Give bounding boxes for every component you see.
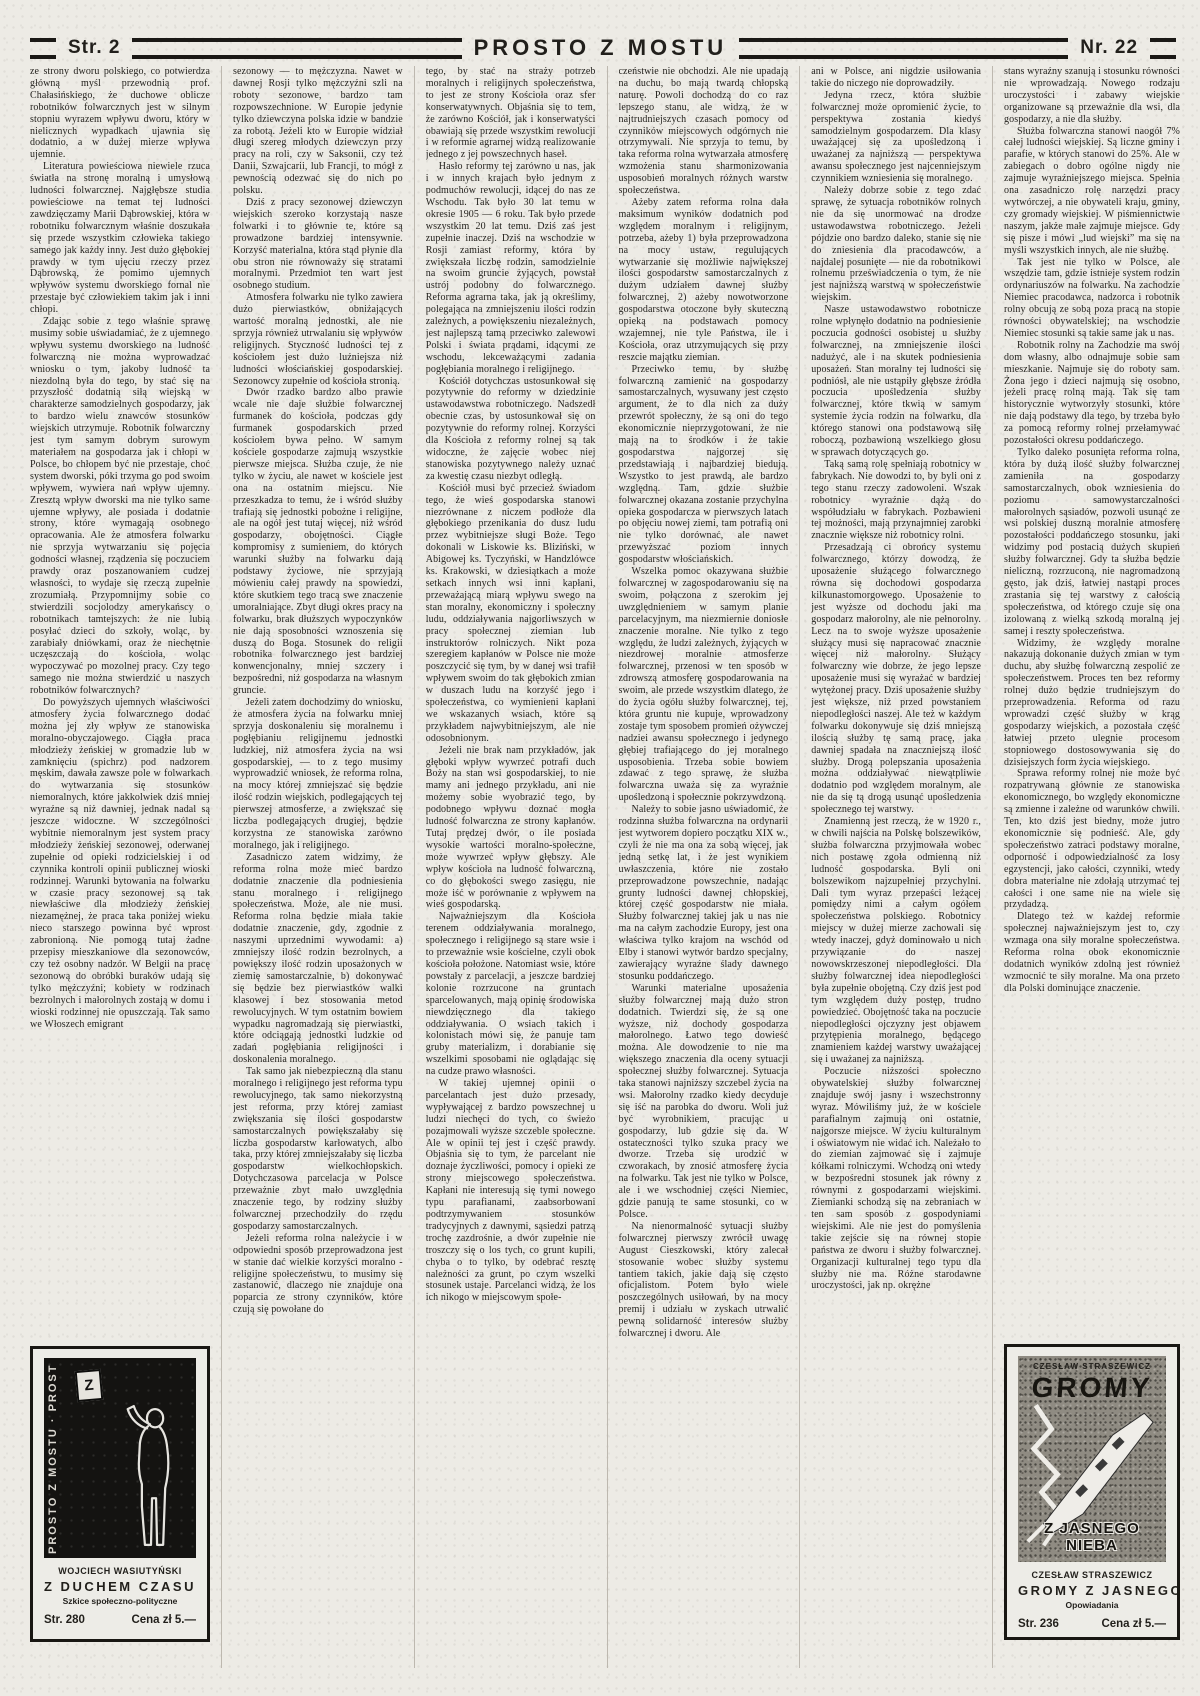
column-text: ani w Polsce, ani nigdzie usiłowania tak… — [811, 66, 981, 1662]
ad-author: WOJCIECH WASIUTYŃSKI — [44, 1566, 196, 1576]
column-text: tego, by stać na straży potrzeb moralnyc… — [426, 66, 596, 1662]
newspaper-page: Str. 2 PROSTO Z MOSTU Nr. 22 ze strony d… — [0, 0, 1200, 1696]
book-cover: PROSTO Z MOSTU · PROSTO Z — [44, 1358, 196, 1558]
man-silhouette-icon — [108, 1401, 194, 1558]
book-ad-z-duchem-czasu: PROSTO Z MOSTU · PROSTO Z WOJCIECH WASIU… — [30, 1346, 210, 1642]
column-text: sezonowy — to mężczyzna. Nawet w dawnej … — [233, 66, 403, 1662]
article-column-5: ani w Polsce, ani nigdzie usiłowania tak… — [811, 66, 993, 1668]
book-cover: CZESŁAW STRASZEWICZ GROMY Z JASNEGO NIEB… — [1018, 1356, 1166, 1562]
ad-author: CZESŁAW STRASZEWICZ — [1018, 1570, 1166, 1580]
article-column-3: tego, by stać na straży potrzeb moralnyc… — [426, 66, 608, 1668]
double-rule — [739, 38, 1068, 59]
ad-meta: Str. 236 Cena zł 5.— — [1018, 1618, 1166, 1630]
cover-title: GROMY — [1018, 1372, 1166, 1404]
double-rule — [30, 38, 56, 59]
double-rule — [132, 38, 461, 59]
column-text: ze strony dworu polskiego, co potwierdza… — [30, 66, 210, 1328]
article-column-4: czeństwie nie obchodzi. Ale nie upadają … — [619, 66, 801, 1668]
cover-subtitle: Z JASNEGO NIEBA — [1018, 1520, 1166, 1554]
article-column-2: sezonowy — to mężczyzna. Nawet w dawnej … — [233, 66, 415, 1668]
ad-pages: Str. 236 — [1018, 1618, 1059, 1630]
article-body: ze strony dworu polskiego, co potwierdza… — [30, 66, 1180, 1668]
ad-subtitle: Szkice społeczno-polityczne — [44, 1596, 196, 1606]
book-ad-gromy-z-jasnego-nieba: CZESŁAW STRASZEWICZ GROMY Z JASNEGO NIEB… — [1004, 1344, 1180, 1640]
issue-number: Nr. 22 — [1080, 37, 1138, 59]
newspaper-title: PROSTO Z MOSTU — [474, 35, 728, 61]
column-text: czeństwie nie obchodzi. Ale nie upadają … — [619, 66, 789, 1662]
ad-price: Cena zł 5.— — [1101, 1618, 1166, 1630]
article-column-6: stans wyraźny szanują i stosunku równośc… — [1004, 66, 1180, 1668]
column-text: stans wyraźny szanują i stosunku równośc… — [1004, 66, 1180, 1310]
cover-author: CZESŁAW STRASZEWICZ — [1018, 1362, 1166, 1371]
cover-spine-text: PROSTO Z MOSTU · PROSTO — [47, 1364, 67, 1554]
ad-book-title: GROMY Z JASNEGO NIEBA — [1018, 1583, 1166, 1598]
ad-pages: Str. 280 — [44, 1614, 85, 1626]
ad-meta: Str. 280 Cena zł 5.— — [44, 1614, 196, 1626]
z-logo-icon: Z — [75, 1369, 104, 1402]
page-number: Str. 2 — [68, 37, 120, 59]
ad-book-title: Z DUCHEM CZASU — [44, 1579, 196, 1594]
masthead: Str. 2 PROSTO Z MOSTU Nr. 22 — [30, 30, 1176, 66]
ad-subtitle: Opowiadania — [1018, 1600, 1166, 1610]
ad-price: Cena zł 5.— — [131, 1614, 196, 1626]
double-rule — [1150, 38, 1176, 59]
article-column-1: ze strony dworu polskiego, co potwierdza… — [30, 66, 222, 1668]
